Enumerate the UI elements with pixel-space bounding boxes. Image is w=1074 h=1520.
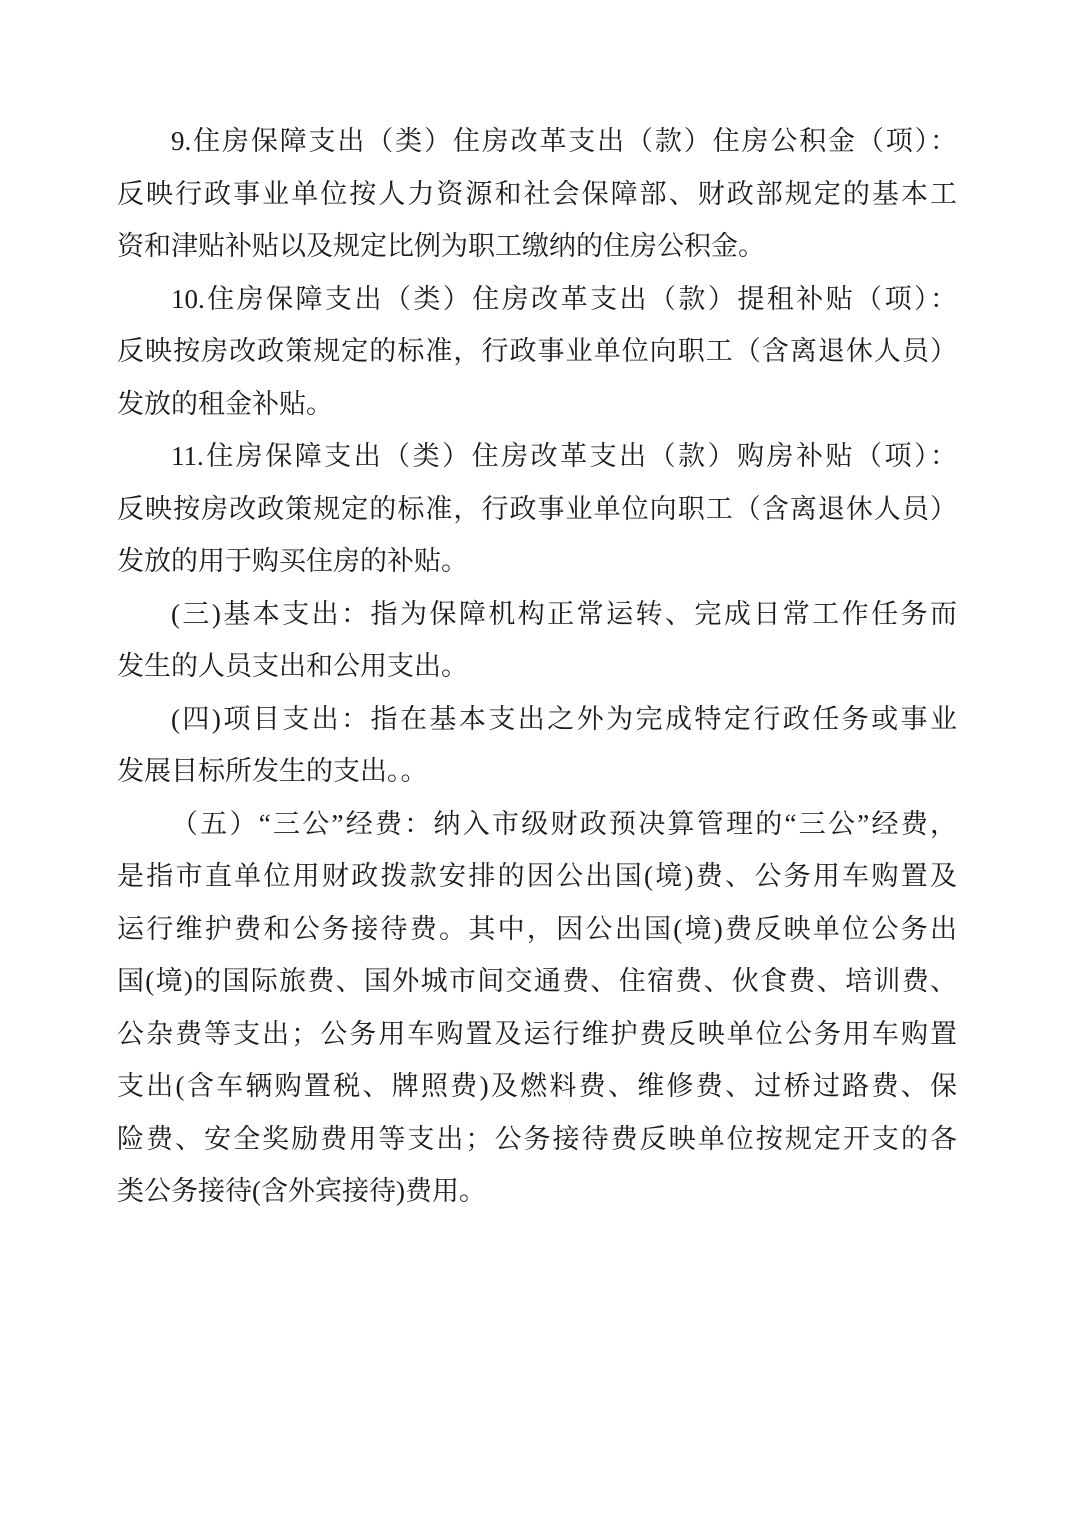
text-line: 运行维护费和公务接待费。其中，因公出国(境)费反映单位公务出 — [117, 903, 957, 956]
text-line: 公杂费等支出；公务用车购置及运行维护费反映单位公务用车购置 — [117, 1008, 957, 1061]
text-line: 险费、安全奖励费用等支出；公务接待费反映单位按规定开支的各 — [117, 1113, 957, 1166]
item-4-project-expenditure: (四)项目支出：指在基本支出之外为完成特定行政任务或事业发展目标所发生的支出。。 — [117, 693, 957, 798]
item-3-basic-expenditure: (三)基本支出：指为保障机构正常运转、完成日常工作任务而发生的人员支出和公用支出… — [117, 588, 957, 693]
text-line: 反映按房改政策规定的标准，行政事业单位向职工（含离退休人员） — [117, 325, 957, 378]
item-9-housing-provident-fund: 9.住房保障支出（类）住房改革支出（款）住房公积金（项）：反映行政事业单位按人力… — [117, 115, 957, 273]
text-line: (三)基本支出：指为保障机构正常运转、完成日常工作任务而 — [117, 588, 957, 641]
text-line: 发放的租金补贴。 — [117, 378, 957, 431]
text-line: 国(境)的国际旅费、国外城市间交通费、住宿费、伙食费、培训费、 — [117, 955, 957, 1008]
text-line: 反映行政事业单位按人力资源和社会保障部、财政部规定的基本工 — [117, 168, 957, 221]
text-line: （五）“三公”经费：纳入市级财政预决算管理的“三公”经费， — [117, 798, 957, 851]
text-line: 10.住房保障支出（类）住房改革支出（款）提租补贴（项）： — [117, 273, 957, 326]
text-line: 发生的人员支出和公用支出。 — [117, 640, 957, 693]
text-line: 9.住房保障支出（类）住房改革支出（款）住房公积金（项）： — [117, 115, 957, 168]
text-line: 类公务接待(含外宾接待)费用。 — [117, 1165, 957, 1218]
text-line: 资和津贴补贴以及规定比例为职工缴纳的住房公积金。 — [117, 220, 957, 273]
text-line: 发放的用于购买住房的补贴。 — [117, 535, 957, 588]
item-10-rent-subsidy: 10.住房保障支出（类）住房改革支出（款）提租补贴（项）：反映按房改政策规定的标… — [117, 273, 957, 431]
text-line: 支出(含车辆购置税、牌照费)及燃料费、维修费、过桥过路费、保 — [117, 1060, 957, 1113]
document-body: 9.住房保障支出（类）住房改革支出（款）住房公积金（项）：反映行政事业单位按人力… — [117, 115, 957, 1218]
text-line: 发展目标所发生的支出。。 — [117, 745, 957, 798]
document-page: 9.住房保障支出（类）住房改革支出（款）住房公积金（项）：反映行政事业单位按人力… — [0, 0, 1074, 1520]
item-5-three-public-expenses: （五）“三公”经费：纳入市级财政预决算管理的“三公”经费，是指市直单位用财政拨款… — [117, 798, 957, 1218]
text-line: 11.住房保障支出（类）住房改革支出（款）购房补贴（项）： — [117, 430, 957, 483]
text-line: 反映按房改政策规定的标准，行政事业单位向职工（含离退休人员） — [117, 483, 957, 536]
item-11-house-purchase-subsidy: 11.住房保障支出（类）住房改革支出（款）购房补贴（项）：反映按房改政策规定的标… — [117, 430, 957, 588]
text-line: (四)项目支出：指在基本支出之外为完成特定行政任务或事业 — [117, 693, 957, 746]
text-line: 是指市直单位用财政拨款安排的因公出国(境)费、公务用车购置及 — [117, 850, 957, 903]
